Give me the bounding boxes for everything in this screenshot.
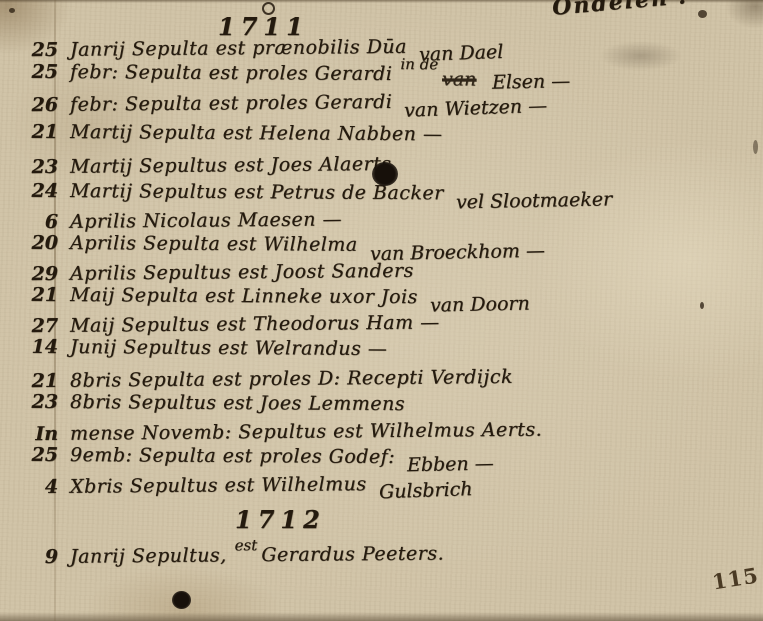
entry-surname: Ebben — [407,455,494,476]
entry-date: 25 [16,41,58,60]
entry-text: mense Novemb: Sepultus est Wilhelmus Aer… [70,421,542,444]
entry-text: Gerardus Peeters. [261,545,444,566]
entry-text: Janrij Sepulta est prænobilis Dūa [70,38,407,60]
crossed-out-word: van [442,70,476,89]
page-number: 115 [710,562,760,594]
corner-note: Ondelen : [551,0,689,21]
register-entry: 21 Martij Sepulta est Helena Nabben — [16,123,759,147]
entry-text: Maij Sepulta est Linneke uxor Jois [70,286,418,307]
register-entry: In mense Novemb: Sepultus est Wilhelmus … [16,419,759,444]
flourish-ring [262,2,275,15]
inserted-word: in de [400,57,438,72]
entry-text: Martij Sepulta est Helena Nabben — [70,123,443,144]
entry-date: 21 [16,286,58,305]
register-entry: 21 8bris Sepulta est proles D: Recepti V… [16,366,759,391]
entry-date: 24 [16,182,58,201]
entry-text: 8bris Sepultus est Joes Lemmens [70,393,405,414]
page-bottom-edge-shadow [0,612,763,621]
entry-date: 26 [16,96,58,115]
entry-text: Maij Sepultus est Theodorus Ham — [70,314,440,336]
entry-date: 21 [16,372,58,391]
register-entry: 20 Aprilis Sepulta est Wilhelma van Broe… [16,234,759,258]
entry-text: 8bris Sepulta est proles D: Recepti Verd… [70,368,513,391]
register-entry: 6 Aprilis Nicolaus Maesen — [16,207,759,232]
entry-text: Xbris Sepultus est Wilhelmus [70,475,367,497]
ink-blot [172,591,191,609]
entry-date: 25 [16,63,58,82]
entry-text: Aprilis Sepultus est Joost Sanders [70,262,414,284]
register-entry: 21 Maij Sepulta est Linneke uxor Jois va… [16,286,759,310]
register-entry: 25 9emb: Sepulta est proles Godef: Ebben… [16,446,759,470]
entry-date: 23 [16,158,58,177]
entry-date: 4 [16,478,58,497]
entry-date: 25 [16,446,58,465]
ink-speck [9,8,15,13]
register-entry: 27 Maij Sepultus est Theodorus Ham — [16,311,759,336]
entry-text: 9emb: Sepulta est proles Godef: [70,446,395,467]
entry-text: Martij Sepultus est Joes Alaerts [70,155,392,177]
entry-date: 27 [16,317,58,336]
entry-text: Aprilis Nicolaus Maesen — [70,210,342,231]
register-entry: 9 Janrij Sepultus, est Gerardus Peeters. [16,542,759,567]
entry-date: 6 [16,213,58,232]
register-entry: 26 febr: Sepulta est proles Gerardi van … [16,90,759,115]
register-entry: 23 8bris Sepultus est Joes Lemmens [16,393,759,417]
entry-surname: Elsen — [492,72,571,93]
register-entry: 25 Janrij Sepulta est prænobilis Dūa van… [16,35,759,60]
entry-date: 23 [16,393,58,412]
entry-date: In [16,425,58,444]
parchment-page: Ondelen : 1711 25 Janrij Sepulta est præ… [0,0,763,621]
entry-date: 29 [16,265,58,284]
entry-surname: Gulsbrich [378,480,472,502]
entry-text: febr: Sepulta est proles Gerardi [70,93,392,115]
inserted-word: est [235,538,258,553]
entry-date: 9 [16,548,58,567]
entry-date: 21 [16,123,58,142]
entry-date: 20 [16,234,58,253]
register-entry: 25 febr: Sepulta est proles Gerardi in d… [16,63,759,87]
ink-speck [753,140,758,154]
entry-text: Junij Sepultus est Welrandus — [70,338,387,359]
register-entry: 14 Junij Sepultus est Welrandus — [16,338,759,362]
ink-blot [372,162,398,186]
register-entry: 4 Xbris Sepultus est Wilhelmus Gulsbrich [16,472,759,497]
entry-date: 14 [16,338,58,357]
entry-surname: van Wietzen — [404,97,548,121]
entry-text: febr: Sepulta est proles Gerardi [70,63,392,84]
register-entry: 29 Aprilis Sepultus est Joost Sanders [16,259,759,284]
ink-speck [698,10,707,18]
year-heading-1712: 1712 [235,505,326,534]
entry-text: Aprilis Sepulta est Wilhelma [70,234,358,255]
entry-text: Janrij Sepultus, [70,546,227,566]
ink-speck [700,302,704,309]
